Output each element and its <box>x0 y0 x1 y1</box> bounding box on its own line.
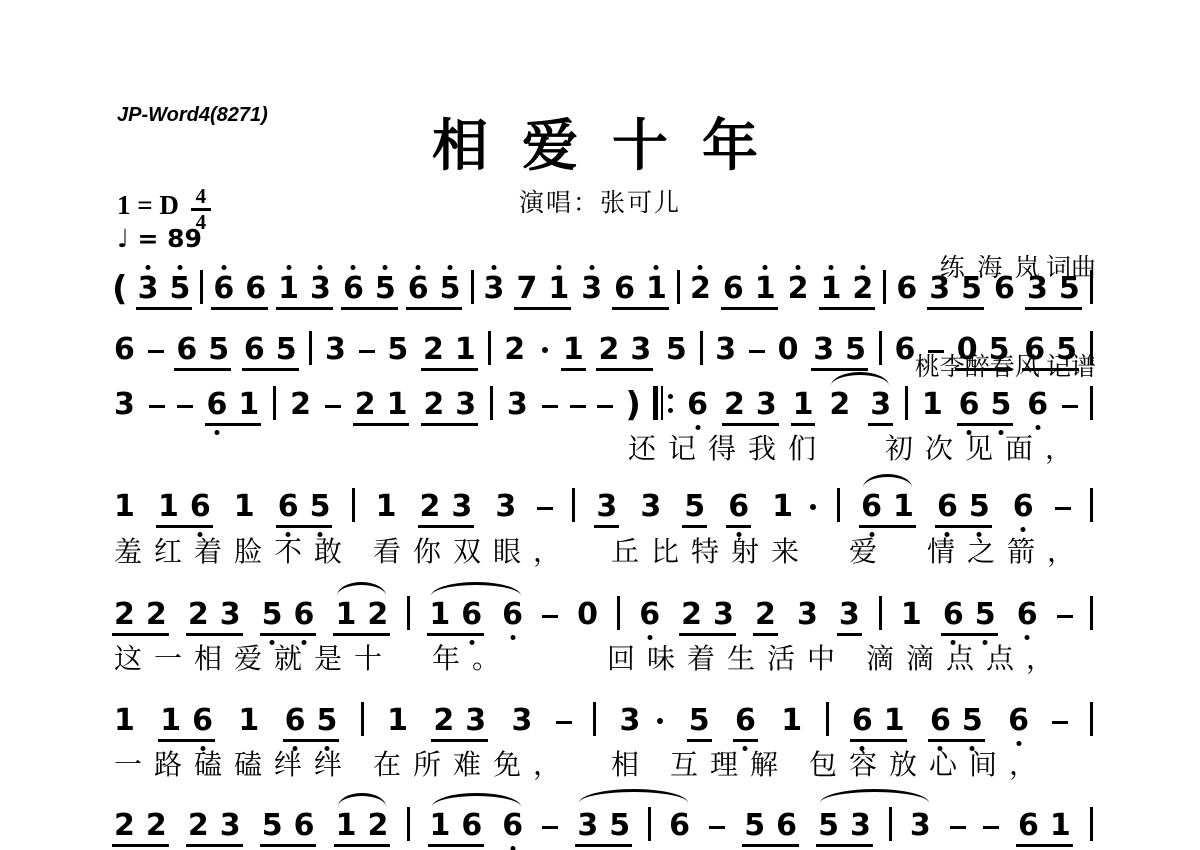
note: 2 <box>829 390 850 420</box>
note: 5 <box>961 274 982 304</box>
note: 6 <box>213 274 234 304</box>
note-group: 12 <box>333 600 390 630</box>
note: 3 <box>310 274 331 304</box>
duration-dash <box>928 350 944 354</box>
note: 5 <box>262 600 283 630</box>
note-group: 56 <box>742 811 799 841</box>
lyric-line: 这一相爱就是十 年。 回味着生活中 滴滴点点， <box>114 641 1066 679</box>
notation-line: 2223561216606232331656 <box>112 598 1093 630</box>
note-group: 1 <box>791 390 816 420</box>
repeat-dot <box>668 394 673 399</box>
note: 1 <box>901 600 922 630</box>
note-group: 22 <box>112 811 169 841</box>
note-group: 23 <box>722 390 779 420</box>
note: 6 <box>1008 706 1029 736</box>
duration-dash <box>149 405 165 409</box>
note: 6 <box>896 274 917 304</box>
note-group: 3 <box>594 492 619 522</box>
note: 5 <box>1056 335 1077 365</box>
duration-dash <box>359 350 375 354</box>
barline <box>1090 596 1093 630</box>
note-group: 65 <box>928 706 985 736</box>
barline <box>837 488 840 522</box>
duration-dash <box>148 350 164 354</box>
barline <box>889 807 892 841</box>
parenthesis: ) <box>625 390 641 420</box>
duration-dash <box>1057 615 1073 619</box>
note-group: 6 <box>894 274 919 304</box>
note: 6 <box>687 390 708 420</box>
note-group: 1 <box>385 706 410 736</box>
meter-numerator: 4 <box>196 186 207 207</box>
note: 3 <box>220 811 241 841</box>
barline <box>407 596 410 630</box>
quarter-note-icon: ♩ <box>117 224 129 253</box>
barline <box>1090 702 1093 736</box>
duration-dash <box>542 615 558 619</box>
note-group: 6 <box>1011 492 1036 522</box>
barline <box>309 331 312 365</box>
note: 6 <box>176 335 197 365</box>
note: 6 <box>408 274 429 304</box>
note: 1 <box>455 335 476 365</box>
duration-dash <box>709 826 725 830</box>
note: 5 <box>975 600 996 630</box>
repeat-dot <box>668 408 673 413</box>
note: 1 <box>234 492 255 522</box>
note-group: 3 <box>908 811 933 841</box>
note: 5 <box>962 706 983 736</box>
note-group: 1 <box>561 335 586 365</box>
note: 2 <box>367 600 388 630</box>
notation-line: 222356121663565653361 <box>112 809 1093 841</box>
note: 6 <box>943 600 964 630</box>
note-group: 5 <box>687 706 712 736</box>
barline <box>572 488 575 522</box>
repeat-thick-bar <box>653 386 658 420</box>
duration-dash <box>570 405 586 409</box>
note: 1 <box>548 274 569 304</box>
note: 2 <box>188 600 209 630</box>
note: 1 <box>646 274 667 304</box>
duration-dash <box>950 826 966 830</box>
note: 1 <box>781 706 802 736</box>
note: 7 <box>516 274 537 304</box>
note-group: 65 <box>935 492 992 522</box>
note-group: 6 <box>726 492 751 522</box>
barline <box>905 386 908 420</box>
note: 2 <box>681 600 702 630</box>
note: 5 <box>276 335 297 365</box>
note: 0 <box>778 335 799 365</box>
note: 6 <box>735 706 756 736</box>
note-group: 61 <box>721 274 778 304</box>
note-group: 2 <box>786 274 811 304</box>
note: 6 <box>207 390 228 420</box>
note-group: 6 <box>1015 600 1040 630</box>
note: 1 <box>278 274 299 304</box>
note: 5 <box>969 492 990 522</box>
note-group: 16 <box>427 600 484 630</box>
note: 2 <box>367 811 388 841</box>
duration-dash <box>177 405 193 409</box>
note: 6 <box>294 600 315 630</box>
note-group: 12 <box>819 274 876 304</box>
note: 1 <box>160 706 181 736</box>
note: 6 <box>776 811 797 841</box>
note: 3 <box>138 274 159 304</box>
note-group: 65 <box>1022 335 1079 365</box>
note: 5 <box>991 390 1012 420</box>
note-group: 2 <box>753 600 778 630</box>
note: 5 <box>208 335 229 365</box>
repeat-start-sign <box>653 386 674 420</box>
duration-dash <box>1052 721 1068 725</box>
note: 2 <box>423 390 444 420</box>
duration-dash <box>542 826 558 830</box>
note-group: 5 <box>385 335 410 365</box>
note: 2 <box>755 600 776 630</box>
note: 6 <box>244 335 265 365</box>
note: 5 <box>744 811 765 841</box>
note-group: 1 <box>374 492 399 522</box>
note-group: 71 <box>514 274 571 304</box>
barline <box>471 270 474 304</box>
barline <box>879 596 882 630</box>
barline <box>617 596 620 630</box>
note-group: 16 <box>158 706 215 736</box>
note: 1 <box>793 390 814 420</box>
note: 3 <box>465 706 486 736</box>
note: 6 <box>294 811 315 841</box>
note-group: 6 <box>1006 706 1031 736</box>
barline <box>490 386 493 420</box>
barline <box>1090 270 1093 304</box>
note: 1 <box>376 492 397 522</box>
note: 6 <box>502 600 523 630</box>
note-group: 23 <box>418 492 475 522</box>
note: 6 <box>114 335 135 365</box>
note: 6 <box>1024 335 1045 365</box>
note-group: 3 <box>638 492 663 522</box>
duration-dash <box>542 405 558 409</box>
note-group: 61 <box>1016 811 1073 841</box>
note-group: 1 <box>236 706 261 736</box>
slur-group: 23 <box>827 390 893 420</box>
note-group: 1 <box>770 492 818 522</box>
barline <box>273 386 276 420</box>
note: 6 <box>669 811 690 841</box>
note: 6 <box>930 706 951 736</box>
note: 5 <box>1059 274 1080 304</box>
note-group: 35 <box>811 335 868 365</box>
barline <box>407 807 410 841</box>
repeat-dots <box>668 386 673 420</box>
note-group: 3 <box>713 335 738 365</box>
note: 1 <box>1050 811 1071 841</box>
note-group: 1 <box>899 600 924 630</box>
note-group: 23 <box>186 600 243 630</box>
note: 6 <box>1018 811 1039 841</box>
note-group: 35 <box>1025 274 1082 304</box>
barline <box>200 270 203 304</box>
note-group: 16 <box>428 811 485 841</box>
note-group: 3 <box>868 390 893 420</box>
song-title: 相 爱 十 年 <box>0 102 1200 182</box>
note: 3 <box>640 492 661 522</box>
note: 3 <box>715 335 736 365</box>
note: 3 <box>756 390 777 420</box>
note-group: 61 <box>612 274 669 304</box>
note-group: 1 <box>232 492 257 522</box>
note: 5 <box>310 492 331 522</box>
note-group: 6 <box>1025 390 1050 420</box>
score-page: JP-Word4(8271) 相 爱 十 年 演唱：张可儿 练 海 岚 词曲 桃… <box>0 0 1200 850</box>
note: 3 <box>813 335 834 365</box>
note: 6 <box>861 492 882 522</box>
note: 1 <box>893 492 914 522</box>
note-group: 61 <box>205 390 262 420</box>
note: 6 <box>994 274 1015 304</box>
note: 3 <box>114 390 135 420</box>
note-group: 56 <box>260 811 317 841</box>
note: 3 <box>484 274 505 304</box>
note-group: 2 <box>288 390 313 420</box>
note: 1 <box>922 390 943 420</box>
augmentation-dot <box>810 504 816 510</box>
note-group: 3 <box>323 335 348 365</box>
barline <box>700 331 703 365</box>
note: 3 <box>577 811 598 841</box>
barline <box>488 331 491 365</box>
note: 0 <box>577 600 598 630</box>
note: 3 <box>1027 274 1048 304</box>
notation-line: (3566136565371361261212635635 <box>112 272 1093 304</box>
note: 1 <box>755 274 776 304</box>
note: 1 <box>563 335 584 365</box>
note-group: 0 <box>575 600 600 630</box>
note-group: 66 <box>211 274 268 304</box>
slur-group: 12 <box>334 811 391 841</box>
note: 3 <box>596 492 617 522</box>
augmentation-dot <box>542 347 548 353</box>
note-group: 23 <box>421 390 478 420</box>
note-group: 65 <box>174 335 231 365</box>
lyric-line: 羞红着脸不敢 看你双眼， 丘比特射来 爱 情之箭， <box>114 534 1087 572</box>
note: 6 <box>728 492 749 522</box>
slur-group: 356 <box>575 807 692 841</box>
note-group: 23 <box>596 335 653 365</box>
note: 3 <box>451 492 472 522</box>
note-group: 65 <box>341 274 398 304</box>
note: 6 <box>1027 390 1048 420</box>
note: 2 <box>598 335 619 365</box>
note-group: 22 <box>112 600 169 630</box>
note: 2 <box>788 274 809 304</box>
barline <box>677 270 680 304</box>
note: 5 <box>387 335 408 365</box>
note: 1 <box>884 706 905 736</box>
note: 5 <box>609 811 630 841</box>
note: 3 <box>929 274 950 304</box>
note: 6 <box>461 600 482 630</box>
note-group: 21 <box>353 390 410 420</box>
note: 5 <box>169 274 190 304</box>
note-group: 61 <box>859 492 916 522</box>
note: 3 <box>495 492 516 522</box>
note-group: 5 <box>682 492 707 522</box>
note-group: 6 <box>500 811 525 841</box>
note: 1 <box>821 274 842 304</box>
notation-line: 361221233)6231231656 <box>112 388 1093 420</box>
note: 1 <box>114 492 135 522</box>
note: 2 <box>433 706 454 736</box>
note-group: 23 <box>186 811 243 841</box>
barline <box>879 331 882 365</box>
note-group: 65 <box>283 706 340 736</box>
note-group: 35 <box>927 274 984 304</box>
note: 1 <box>335 600 356 630</box>
note-group: 2 <box>688 274 713 304</box>
note-group: 0 <box>776 335 801 365</box>
note-group: 56 <box>260 600 317 630</box>
slur-group: 12 <box>333 600 390 630</box>
note: 6 <box>343 274 364 304</box>
note: 1 <box>238 706 259 736</box>
note-group: 3 <box>618 706 666 736</box>
note: 1 <box>114 706 135 736</box>
note: 5 <box>666 335 687 365</box>
note-group: 23 <box>431 706 488 736</box>
note: 2 <box>146 811 167 841</box>
key-label: 1 = D <box>117 190 179 221</box>
note-group: 6 <box>892 335 917 365</box>
note: 3 <box>620 706 641 736</box>
barline <box>1090 488 1093 522</box>
note: 5 <box>317 706 338 736</box>
duration-dash <box>749 350 765 354</box>
note: 6 <box>190 492 211 522</box>
note: 6 <box>1017 600 1038 630</box>
note: 6 <box>959 390 980 420</box>
note: 3 <box>850 811 871 841</box>
augmentation-dot <box>657 718 663 724</box>
note: 1 <box>238 390 259 420</box>
note-group: 6 <box>685 390 710 420</box>
note: 3 <box>910 811 931 841</box>
note-group: 12 <box>334 811 391 841</box>
note: 1 <box>772 492 793 522</box>
barline <box>1090 331 1093 365</box>
note-group: 1 <box>112 492 137 522</box>
note: 3 <box>630 335 651 365</box>
note-group: 5 <box>664 335 689 365</box>
note: 6 <box>192 706 213 736</box>
note-group: 3 <box>505 390 530 420</box>
barline <box>593 702 596 736</box>
note: 6 <box>894 335 915 365</box>
note: 6 <box>723 274 744 304</box>
duration-dash <box>325 405 341 409</box>
note-group: 6 <box>500 600 525 630</box>
note: 2 <box>146 600 167 630</box>
duration-dash <box>597 405 613 409</box>
note-group: 3 <box>482 274 507 304</box>
slur-group: 166 <box>428 811 526 841</box>
parenthesis: ( <box>112 274 128 304</box>
note-group: 1 <box>112 706 137 736</box>
note-group: 1 <box>779 706 804 736</box>
slur-group: 533 <box>816 807 933 841</box>
note-group: 61 <box>850 706 907 736</box>
note: 1 <box>336 811 357 841</box>
barline <box>1090 386 1093 420</box>
note: 6 <box>937 492 958 522</box>
note: 5 <box>989 335 1010 365</box>
lyric-line: 一路磕磕绊绊 在所难免， 相 互理解 包容放心间， <box>114 747 1049 785</box>
note: 2 <box>852 274 873 304</box>
note: 2 <box>355 390 376 420</box>
note: 5 <box>375 274 396 304</box>
slur-group: 166 <box>427 600 525 630</box>
note: 6 <box>614 274 635 304</box>
note: 2 <box>423 335 444 365</box>
note: 6 <box>245 274 266 304</box>
note-group: 3 <box>579 274 604 304</box>
note: 1 <box>158 492 179 522</box>
barline <box>883 270 886 304</box>
slur-group: 61 <box>859 492 916 522</box>
note: 2 <box>724 390 745 420</box>
note-group: 65 <box>941 600 998 630</box>
note-group: 3 <box>493 492 518 522</box>
note-group: 53 <box>816 811 873 841</box>
barline <box>648 807 651 841</box>
note-group: 65 <box>276 492 333 522</box>
tempo-marking: ♩ = 89 <box>117 224 202 253</box>
note-group: 23 <box>679 600 736 630</box>
note: 6 <box>1013 492 1034 522</box>
repeat-thin-bar <box>661 386 664 420</box>
note-group: 3 <box>112 390 137 420</box>
note: 3 <box>220 600 241 630</box>
note-group: 6 <box>637 600 662 630</box>
duration-dash <box>1062 405 1078 409</box>
note-group: 35 <box>575 811 632 841</box>
note: 2 <box>290 390 311 420</box>
note: 1 <box>387 706 408 736</box>
note: 3 <box>325 335 346 365</box>
note-group: 05 <box>955 335 1012 365</box>
note: 5 <box>262 811 283 841</box>
notation-line: 66565352121235303560565 <box>112 333 1093 365</box>
note: 3 <box>512 706 533 736</box>
duration-dash <box>537 507 553 511</box>
note-group: 35 <box>136 274 193 304</box>
note-group: 1 <box>920 390 945 420</box>
note: 1 <box>430 811 451 841</box>
note-group: 3 <box>795 600 820 630</box>
note-group: 16 <box>156 492 213 522</box>
note: 2 <box>188 811 209 841</box>
note-group: 3 <box>837 600 862 630</box>
note-group: 2 <box>502 335 550 365</box>
note: 0 <box>957 335 978 365</box>
barline <box>1090 807 1093 841</box>
note: 6 <box>278 492 299 522</box>
note: 3 <box>455 390 476 420</box>
note: 6 <box>285 706 306 736</box>
